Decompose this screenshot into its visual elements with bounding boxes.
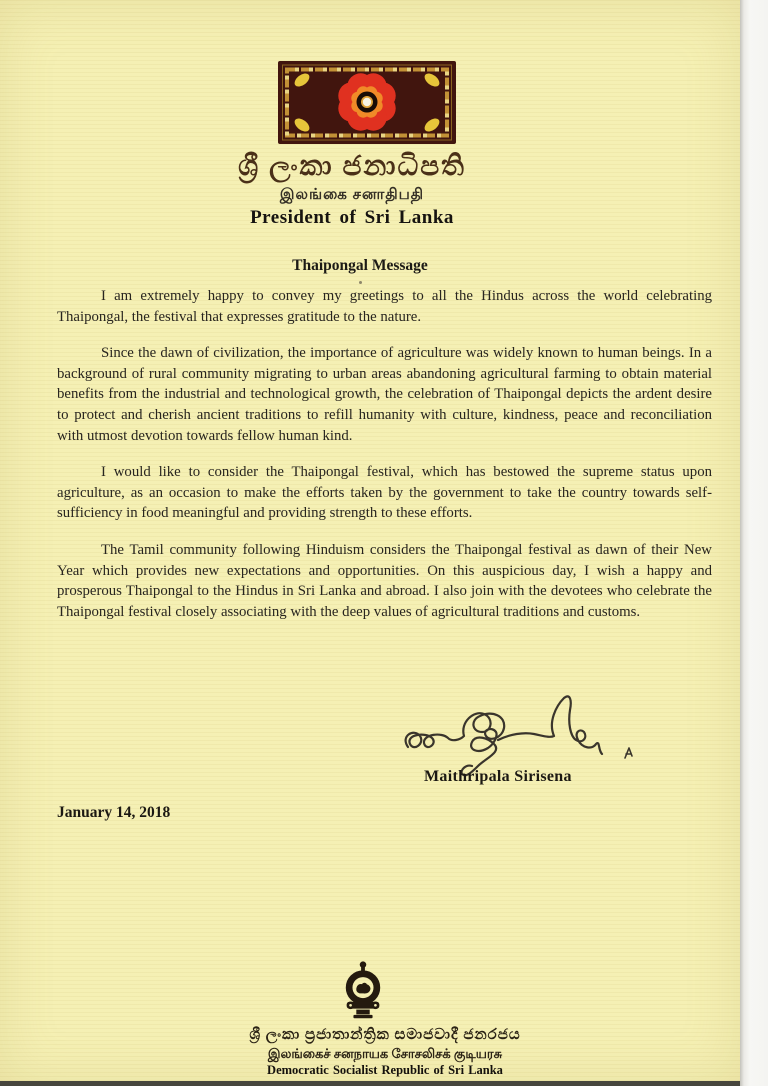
footer-line-english: Democratic Socialist Republic of Sri Lan… [65, 1062, 705, 1078]
paragraph-2: Since the dawn of civilization, the impo… [57, 343, 712, 446]
message-body: I am extremely happy to convey my greeti… [57, 286, 712, 638]
scanned-letter: ශ්‍රී ලංකා ජනාධිපති இலங்கை சனாதிபதி Pres… [0, 0, 768, 1086]
letterhead-title-english: President of Sri Lanka [0, 206, 704, 229]
date-line: January 14, 2018 [57, 804, 170, 822]
letterhead: ශ්‍රී ලංකා ජනාධිපති இலங்கை சனாதிபதி Pres… [0, 150, 704, 229]
letterhead-title-tamil: இலங்கை சனாதிபதி [0, 184, 704, 206]
footer-line-sinhala: ශ්‍රී ලංකා ප්‍රජාතාන්ත්‍රික සමාජවාදී ජනර… [65, 1025, 705, 1045]
scanner-background [740, 0, 768, 1086]
ink-mark [625, 748, 632, 758]
paper-bottom-edge [0, 1081, 740, 1086]
signer-name: Maithripala Sirisena [424, 768, 572, 786]
presidential-emblem-icon [278, 61, 456, 144]
message-heading: Thaipongal Message [50, 257, 670, 275]
paragraph-1: I am extremely happy to convey my greeti… [57, 286, 712, 327]
footer: ශ්‍රී ලංකා ප්‍රජාතාන්ත්‍රික සමාජවාදී ජනර… [65, 1025, 705, 1078]
paragraph-3: I would like to consider the Thaipongal … [57, 462, 712, 524]
stray-mark [359, 281, 362, 284]
footer-line-tamil: இலங்கைச் சனநாயக சோசலிசக் குடியரசு [65, 1045, 705, 1062]
paragraph-4: The Tamil community following Hinduism c… [57, 540, 712, 622]
letter-paper: ශ්‍රී ලංකා ජනාධිපති இலங்கை சனாதிபதி Pres… [0, 0, 740, 1086]
coat-of-arms-icon [341, 958, 385, 1021]
letterhead-title-sinhala: ශ්‍රී ලංකා ජනාධිපති [0, 150, 704, 184]
